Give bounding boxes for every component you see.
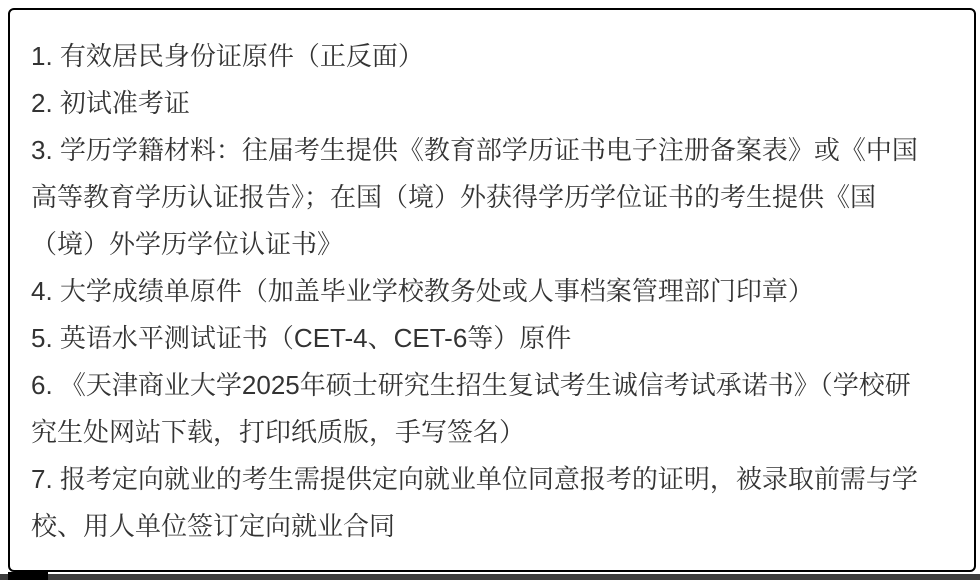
- item-number: 6.: [31, 370, 60, 400]
- list-item: 6. 《天津商业大学2025年硕士研究生招生复试考生诚信考试承诺书》（学校研究生…: [31, 362, 936, 456]
- item-number: 1.: [31, 41, 60, 71]
- materials-list: 1. 有效居民身份证原件（正反面）2. 初试准考证3. 学历学籍材料：往届考生提…: [10, 10, 974, 550]
- item-number: 5.: [31, 323, 60, 353]
- item-text: 《天津商业大学2025年硕士研究生招生复试考生诚信考试承诺书》（学校研究生处网站…: [31, 370, 911, 447]
- item-text: 学历学籍材料：往届考生提供《教育部学历证书电子注册备案表》或《中国高等教育学历认…: [31, 135, 918, 259]
- bottom-partial-element-cap: [8, 572, 48, 580]
- document-frame: 1. 有效居民身份证原件（正反面）2. 初试准考证3. 学历学籍材料：往届考生提…: [8, 8, 976, 572]
- item-number: 7.: [31, 464, 60, 494]
- item-number: 3.: [31, 135, 60, 165]
- bottom-partial-element: [0, 574, 980, 580]
- list-item: 3. 学历学籍材料：往届考生提供《教育部学历证书电子注册备案表》或《中国高等教育…: [31, 127, 936, 268]
- item-number: 4.: [31, 276, 60, 306]
- list-item: 2. 初试准考证: [31, 80, 936, 127]
- page: 1. 有效居民身份证原件（正反面）2. 初试准考证3. 学历学籍材料：往届考生提…: [0, 0, 980, 580]
- list-item: 1. 有效居民身份证原件（正反面）: [31, 33, 936, 80]
- list-item: 7. 报考定向就业的考生需提供定向就业单位同意报考的证明，被录取前需与学校、用人…: [31, 456, 936, 550]
- item-text: 初试准考证: [60, 88, 190, 118]
- list-item: 5. 英语水平测试证书（CET-4、CET-6等）原件: [31, 315, 936, 362]
- item-number: 2.: [31, 88, 60, 118]
- item-text: 有效居民身份证原件（正反面）: [60, 41, 424, 71]
- item-text: 报考定向就业的考生需提供定向就业单位同意报考的证明，被录取前需与学校、用人单位签…: [31, 464, 918, 541]
- item-text: 英语水平测试证书（CET-4、CET-6等）原件: [60, 323, 571, 353]
- list-item: 4. 大学成绩单原件（加盖毕业学校教务处或人事档案管理部门印章）: [31, 268, 936, 315]
- item-text: 大学成绩单原件（加盖毕业学校教务处或人事档案管理部门印章）: [60, 276, 814, 306]
